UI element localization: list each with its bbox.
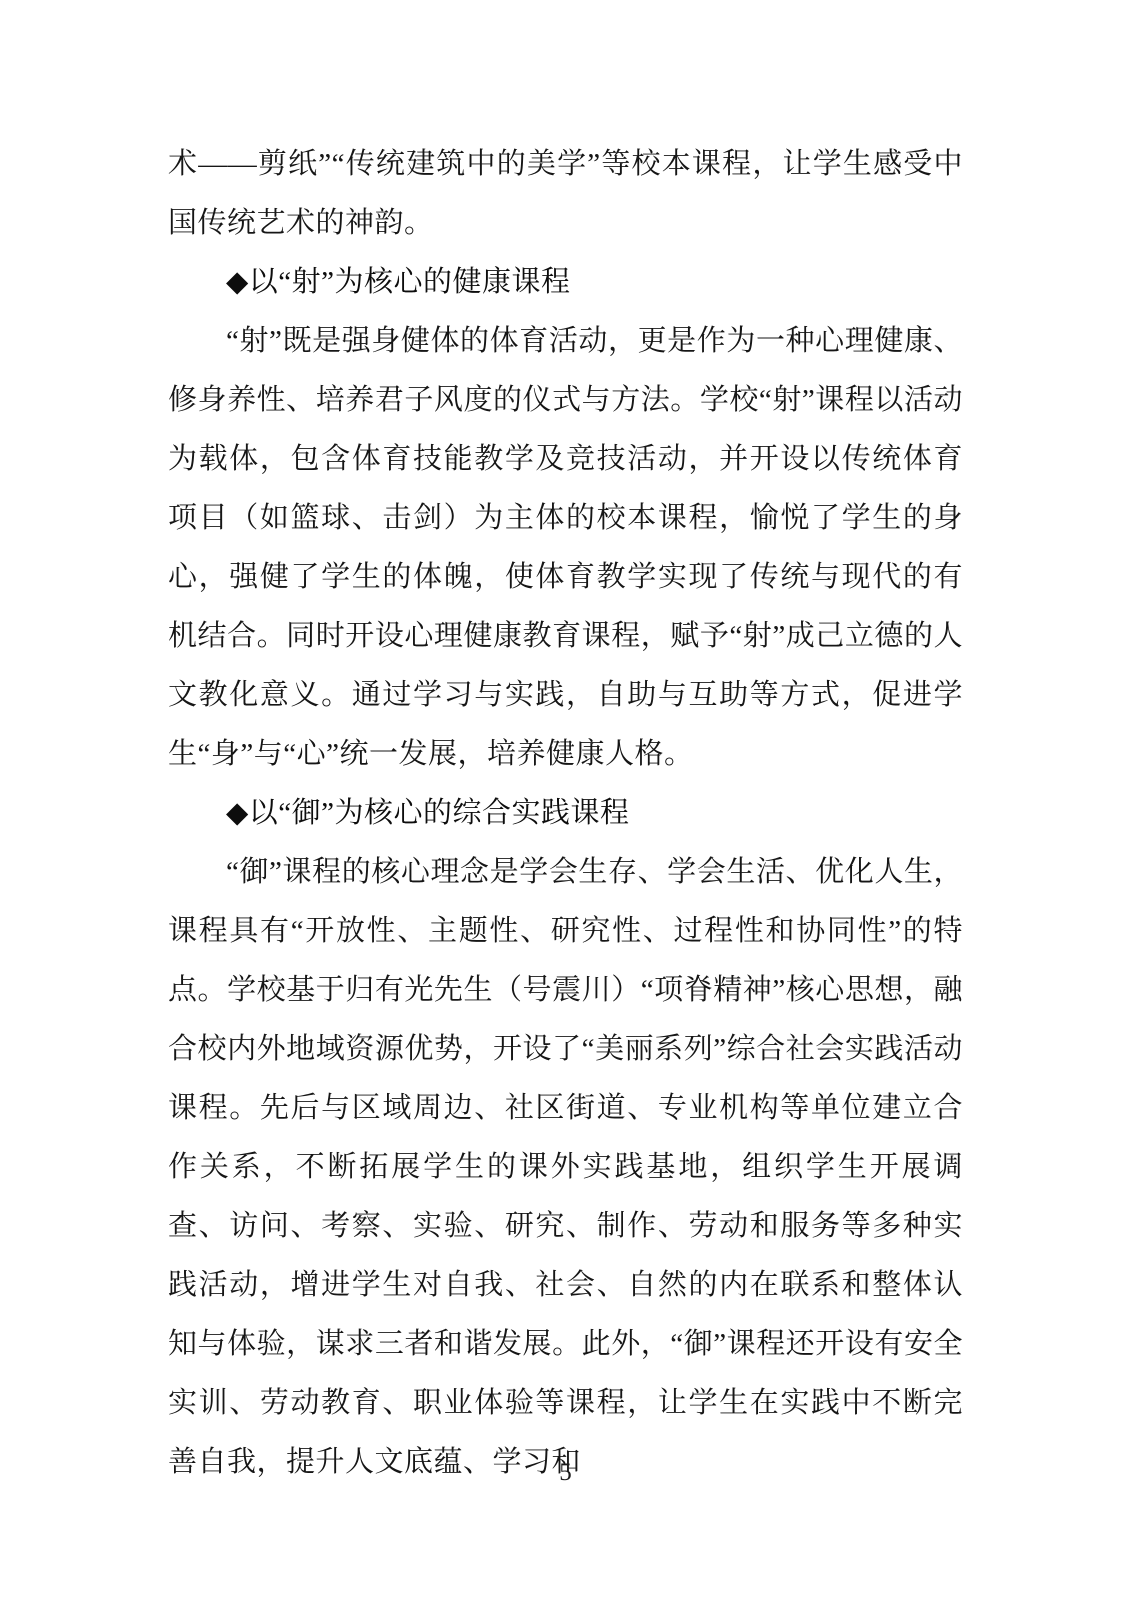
page-number: 5 [559, 1459, 572, 1486]
paragraph-yu-course: “御”课程的核心理念是学会生存、学会生活、优化人生，课程具有“开放性、主题性、研… [168, 843, 963, 1492]
document-body: 术——剪纸”“传统建筑中的美学”等校本课程，让学生感受中国传统艺术的神韵。 ◆以… [168, 135, 963, 1492]
document-page: 术——剪纸”“传统建筑中的美学”等校本课程，让学生感受中国传统艺术的神韵。 ◆以… [0, 0, 1131, 1600]
paragraph-she-course: “射”既是强身健体的体育活动，更是作为一种心理健康、修身养性、培养君子风度的仪式… [168, 312, 963, 784]
paragraph-continuation: 术——剪纸”“传统建筑中的美学”等校本课程，让学生感受中国传统艺术的神韵。 [168, 135, 963, 253]
page-footer: 5 [0, 1458, 1131, 1488]
section-heading-yu-practice-course: ◆以“御”为核心的综合实践课程 [168, 784, 963, 843]
section-heading-she-health-course: ◆以“射”为核心的健康课程 [168, 253, 963, 312]
